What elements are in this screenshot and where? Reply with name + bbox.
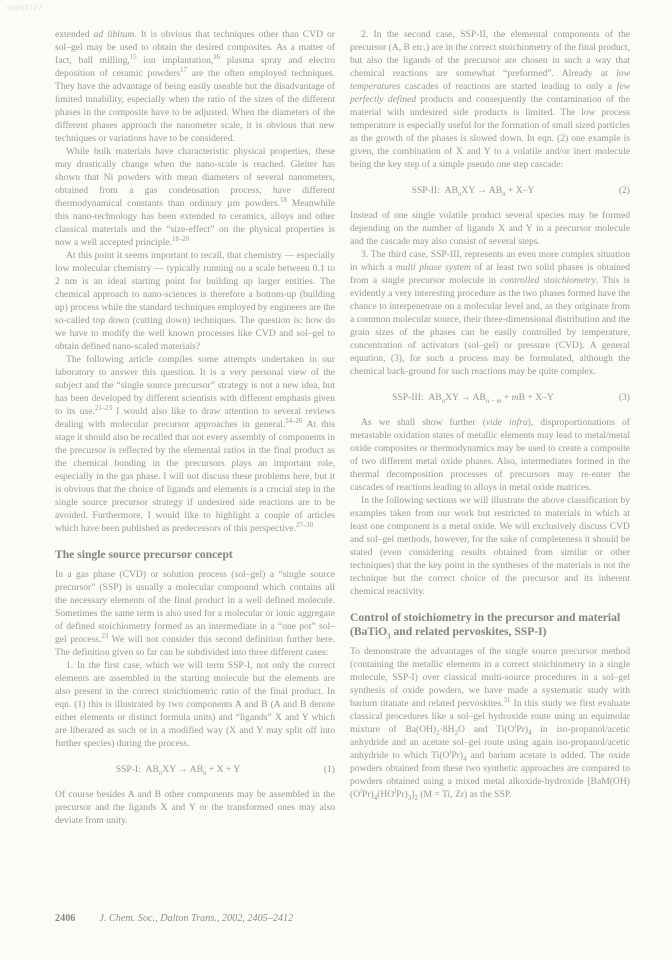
text-run: vide infra — [486, 417, 528, 428]
text-run: 21–23 — [95, 405, 112, 412]
text-run: i — [514, 723, 516, 730]
paragraph: extended ad libitum. It is obvious that … — [55, 28, 335, 145]
paragraph: At this point it seems important to reca… — [55, 249, 335, 353]
equation: SSP-I: ABnXY → ABn + X + Y(1) — [55, 763, 335, 776]
equation-number: (2) — [596, 184, 630, 197]
text-run: 24–26 — [285, 418, 302, 425]
equation-number: (1) — [301, 763, 335, 776]
text-run: n — [502, 191, 505, 198]
paragraph: Instead of one single volatile product s… — [350, 209, 630, 248]
text-run: 16 — [213, 54, 220, 61]
text-run: 4 — [374, 795, 377, 802]
text-run: n — [458, 191, 461, 198]
text-run: 15 — [130, 54, 137, 61]
text-run: n — [442, 398, 445, 405]
paragraph: To demonstrate the advantages of the sin… — [350, 645, 630, 801]
equation-number: (3) — [596, 391, 630, 404]
text-run: 18–20 — [172, 236, 189, 243]
paragraph: 1. In the first case, which we will term… — [55, 659, 335, 750]
journal-citation: J. Chem. Soc., Dalton Trans., 2002, 2405… — [99, 913, 293, 924]
page-number: 2406 — [55, 913, 75, 924]
text-run: 3 — [408, 795, 411, 802]
text-run: n — [203, 770, 206, 777]
equation-body: SSP-II: ABnXY → ABn + X–Y — [350, 184, 596, 197]
text-run: 23 — [101, 633, 108, 640]
section-heading: The single source precursor concept — [55, 548, 335, 562]
text-run: ad libitum — [94, 29, 135, 40]
text-run: 31 — [504, 697, 511, 704]
two-column-body: extended ad libitum. It is obvious that … — [55, 28, 630, 827]
paragraph: In a gas phase (CVD) or solution process… — [55, 568, 335, 659]
text-run: 17 — [180, 67, 187, 74]
text-run: i — [360, 788, 362, 795]
paragraph: While bulk materials have characteristic… — [55, 145, 335, 249]
journal-page: 00057707 extended ad libitum. It is obvi… — [0, 0, 671, 959]
paragraph: Of course besides A and B other componen… — [55, 788, 335, 827]
scan-id-watermark: 00057707 — [7, 5, 42, 12]
left-column: extended ad libitum. It is obvious that … — [55, 28, 335, 827]
paragraph: In the following sections we will illust… — [350, 494, 630, 598]
section-heading: Control of stoichiometry in the precurso… — [350, 611, 630, 639]
text-run: n — [159, 770, 162, 777]
text-run: i — [394, 788, 396, 795]
text-run: n − m — [486, 398, 502, 405]
text-run: multi phase system — [396, 262, 471, 273]
text-run: 3 — [387, 633, 390, 640]
equation: SSP-II: ABnXY → ABn + X–Y(2) — [350, 184, 630, 197]
text-run: controlled stoichiometry — [500, 275, 596, 286]
text-run: 4 — [463, 756, 466, 763]
text-run: 2 — [436, 730, 439, 737]
paragraph: 3. The third case, SSP-III, represents a… — [350, 248, 630, 378]
equation-body: SSP-I: ABnXY → ABn + X + Y — [55, 763, 301, 776]
text-run: low temperatures — [350, 68, 630, 92]
paragraph: As we shall show further (vide infra), d… — [350, 416, 630, 494]
text-run: 4 — [528, 730, 531, 737]
equation: SSP-III: ABnXY → ABn − m + mB + X–Y(3) — [350, 391, 630, 404]
text-run: 18 — [280, 197, 287, 204]
text-run: 2 — [414, 795, 417, 802]
text-run: etc. — [412, 42, 426, 53]
right-column: 2. In the second case, SSP-II, the eleme… — [350, 28, 630, 827]
paragraph: The following article compiles some atte… — [55, 353, 335, 535]
text-run: 2 — [455, 730, 458, 737]
text-run: i — [449, 749, 451, 756]
paragraph: 2. In the second case, SSP-II, the eleme… — [350, 28, 630, 171]
page-footer: 2406J. Chem. Soc., Dalton Trans., 2002, … — [55, 913, 631, 924]
text-run: m — [512, 392, 519, 403]
equation-body: SSP-III: ABnXY → ABn − m + mB + X–Y — [350, 391, 596, 404]
text-run: 27–30 — [296, 522, 313, 529]
